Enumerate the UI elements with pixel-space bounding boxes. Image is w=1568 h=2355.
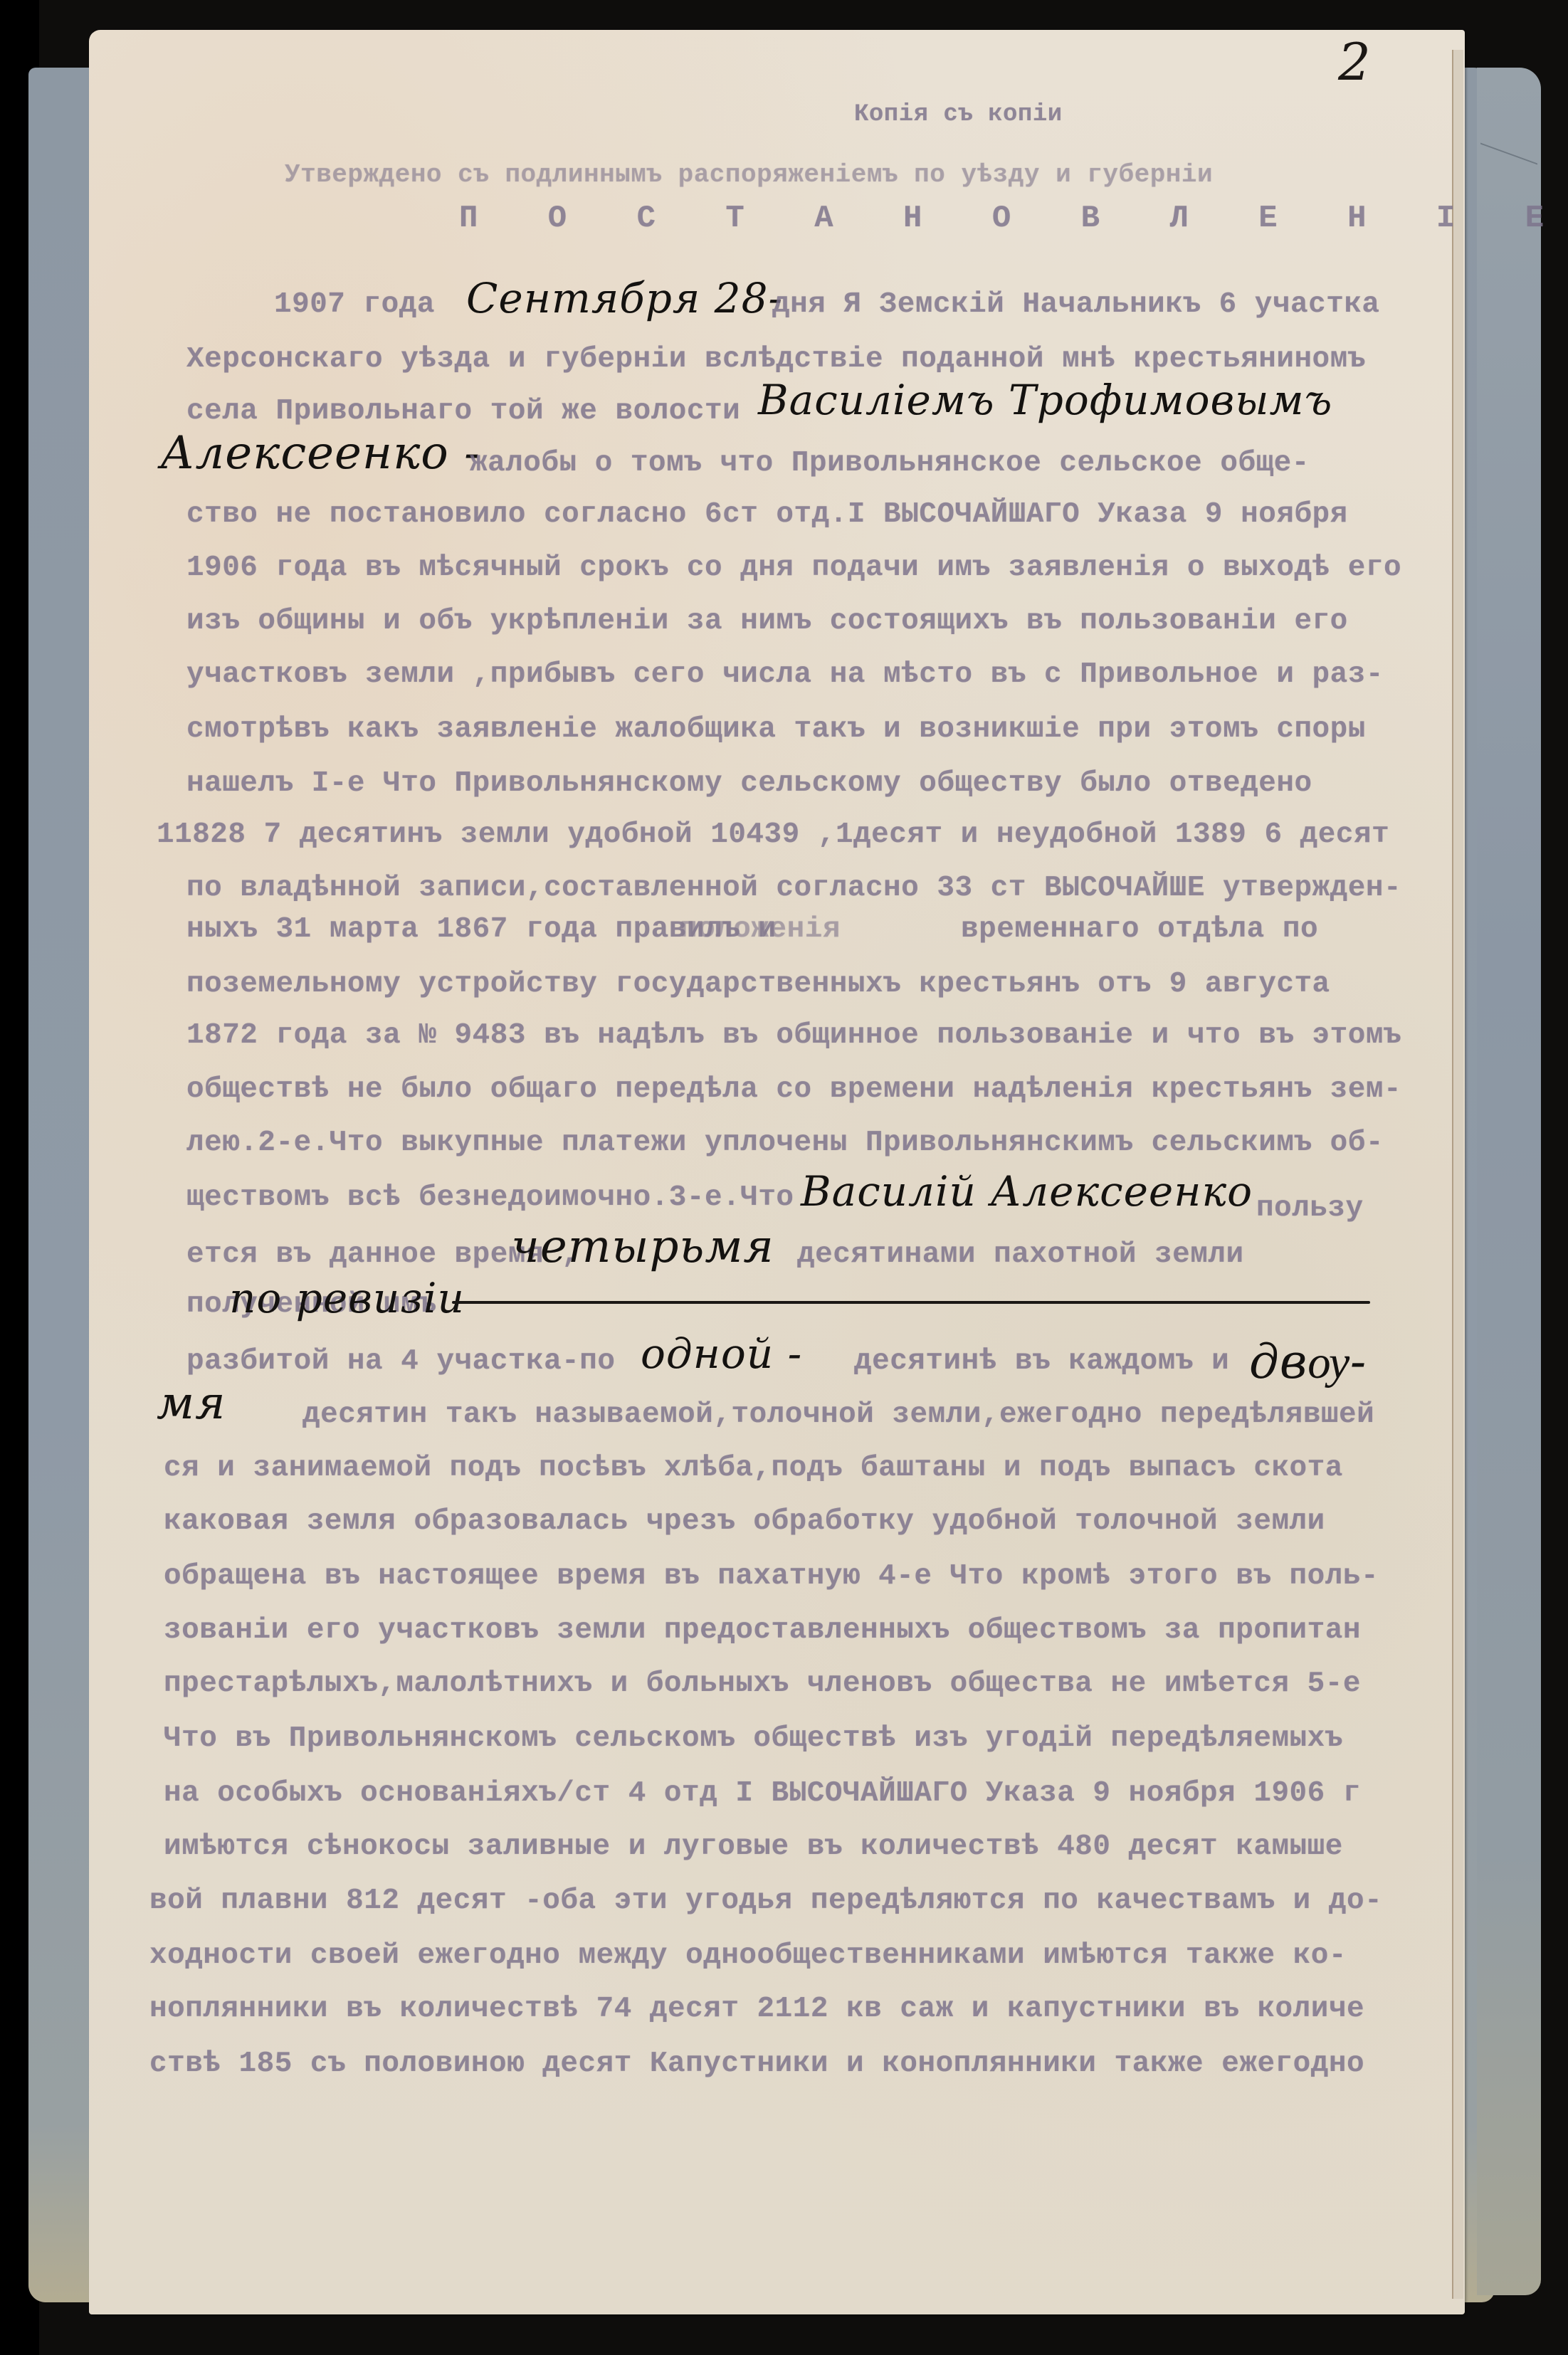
line-3-post: жалобы о томъ что Привольнянское сельско… bbox=[470, 447, 1310, 480]
line-33: ствѣ 185 съ половиною десят Капустники и… bbox=[149, 2048, 1364, 2080]
handwritten-one: одной - bbox=[641, 1329, 802, 1378]
paper-right-edge bbox=[1452, 50, 1463, 2299]
line-9: нашелъ I-е Что Привольнянскому сельскому… bbox=[186, 767, 1312, 800]
line-11: по владѣнной записи,составленной согласн… bbox=[186, 872, 1401, 905]
handwritten-by-revision: по ревизіи bbox=[229, 1274, 465, 1322]
line-10: 11828 7 десятинъ земли удобной 10439 ,1д… bbox=[157, 818, 1389, 851]
handwritten-name-vasiliy: Василій Алексеенко bbox=[801, 1167, 1253, 1216]
line-25: зованіи его участковъ земли предоставлен… bbox=[164, 1614, 1361, 1647]
line-31: ходности своей ежегодно между однообщест… bbox=[149, 1939, 1347, 1972]
line-20-post: десятинѣ въ каждомъ и bbox=[854, 1345, 1229, 1378]
line-26: престарѣлыхъ,малолѣтнихъ и больныхъ член… bbox=[164, 1668, 1361, 1700]
line-0-post: дня Я Земскій Начальникъ 6 участка bbox=[772, 288, 1380, 321]
line-15: обществѣ не было общаго передѣла со врем… bbox=[186, 1073, 1401, 1106]
handwritten-petitioner-name: Василіемъ Трофимовымъ bbox=[758, 376, 1332, 424]
blue-backing-right-edge bbox=[1477, 68, 1541, 2295]
line-21-post: десятин такъ называемой,толочной земли,е… bbox=[302, 1398, 1374, 1431]
line-22: ся и занимаемой подъ посѣвъ хлѣба,подъ б… bbox=[164, 1452, 1343, 1485]
line-32: ноплянники въ количествѣ 74 десят 2112 к… bbox=[149, 1993, 1364, 2025]
line-7: участковъ земли ,прибывъ сего числа на м… bbox=[186, 658, 1384, 691]
handwritten-fill-line bbox=[452, 1301, 1370, 1304]
line-27: Что въ Привольнянскомъ сельскомъ обществ… bbox=[164, 1722, 1343, 1755]
line-12-post: временнаго отдѣла по bbox=[961, 913, 1318, 946]
line-30: вой плавни 812 десят -оба эти угодья пер… bbox=[149, 1885, 1382, 1917]
handwritten-date: Сентября 28- bbox=[466, 274, 783, 322]
line-17-post: пользу bbox=[1256, 1192, 1364, 1225]
document-photo: 2 Копія съ копіи Утверждено съ подлинным… bbox=[0, 0, 1568, 2355]
line-20-pre: разбитой на 4 участка-по bbox=[186, 1345, 616, 1378]
header-copy-of-copy: Копія съ копіи bbox=[854, 101, 1063, 128]
handwritten-four: четырьмя bbox=[511, 1221, 774, 1273]
line-6: изъ общины и объ укрѣпленіи за нимъ сост… bbox=[186, 605, 1348, 638]
handwritten-surname: Алексеенко - bbox=[160, 427, 480, 480]
line-14: 1872 года за № 9483 въ надѣлъ въ общинно… bbox=[186, 1019, 1401, 1052]
header-faint-line: Утверждено съ подлиннымъ распоряженіемъ … bbox=[285, 160, 1213, 189]
line-0-pre: 1907 года bbox=[274, 288, 435, 321]
line-18-post: десятинами пахотной земли bbox=[797, 1238, 1244, 1271]
line-5: 1906 года въ мѣсячный срокъ со дня подач… bbox=[186, 552, 1401, 584]
line-1: Херсонскаго уѣзда и губерніи вслѣдствіе … bbox=[186, 343, 1366, 376]
line-2-pre: села Привольнаго той же волости bbox=[186, 395, 740, 428]
line-24: обращена въ настоящее время въ пахатную … bbox=[164, 1560, 1379, 1593]
line-12-faint: положенія bbox=[680, 913, 841, 946]
handwritten-two: двѹ- bbox=[1249, 1334, 1367, 1390]
line-29: имѣются сѣнокосы заливные и луговые въ к… bbox=[164, 1830, 1343, 1863]
line-16: лею.2-е.Что выкупные платежи уплочены Пр… bbox=[186, 1127, 1384, 1159]
line-13: поземельному устройству государственныхъ… bbox=[186, 968, 1330, 1001]
handwritten-two-cont: мя bbox=[157, 1377, 226, 1430]
line-28: на особыхъ основаніяхъ/ст 4 отд I ВЫСОЧА… bbox=[164, 1777, 1361, 1810]
line-4: ство не постановило согласно 6ст отд.I В… bbox=[186, 498, 1348, 531]
document-title: П О С Т А Н О В Л Е Н І Е bbox=[459, 201, 1568, 236]
line-17-pre: ществомъ всѣ безнедоимочно.3-е.Что bbox=[186, 1181, 794, 1214]
page-number: 2 bbox=[1338, 32, 1371, 92]
line-8: смотрѣвъ какъ заявленіе жалобщика такъ и… bbox=[186, 713, 1366, 746]
line-23: каковая земля образовалась чрезъ обработ… bbox=[164, 1505, 1325, 1538]
